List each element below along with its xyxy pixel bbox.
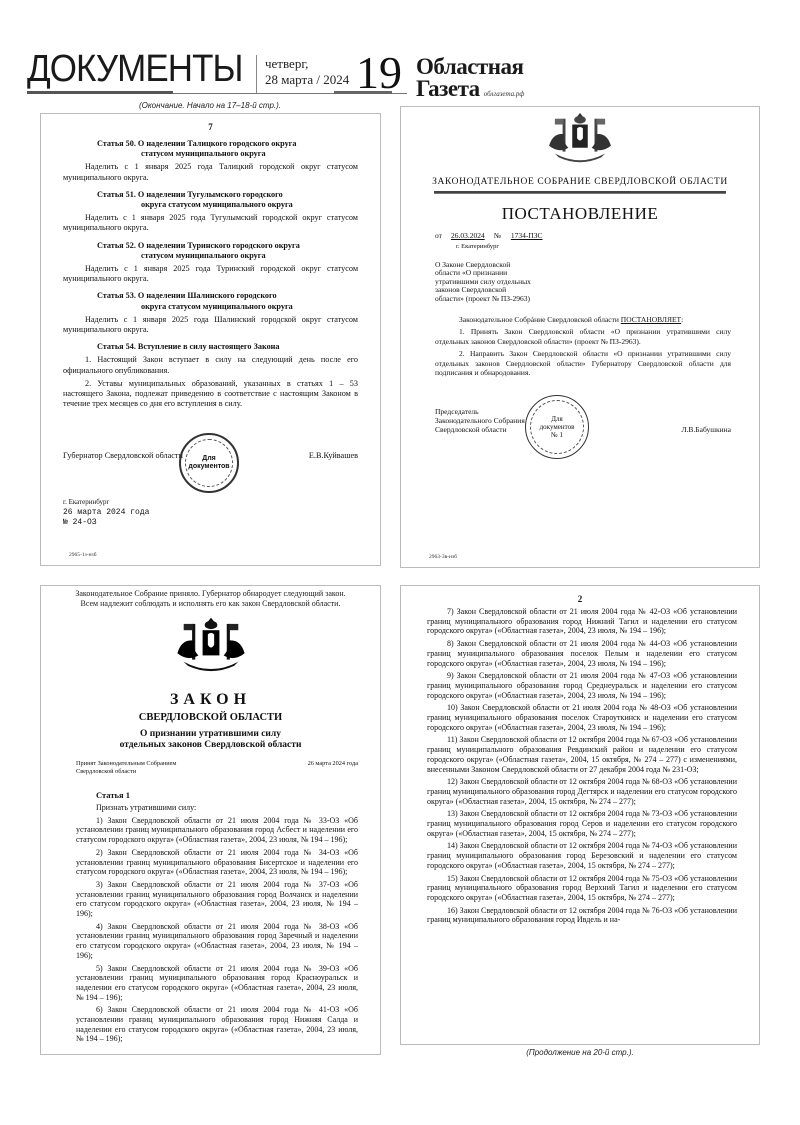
list-item: 5) Закон Свердловской области от 21 июля…: [76, 964, 358, 1003]
law-name: О признании утратившими силу отдельных з…: [41, 729, 380, 751]
list-item: 8) Закон Свердловской области от 21 июля…: [427, 639, 737, 668]
list-item: 1) Закон Свердловской области от 21 июля…: [76, 816, 358, 845]
page-number: 19: [350, 50, 408, 96]
decree-paragraph: 1. Принять Закон Свердловской области «О…: [435, 327, 731, 346]
header-divider: [256, 55, 257, 93]
article-paragraph: Наделить с 1 января 2025 года Талицкий г…: [63, 162, 358, 182]
article-paragraph: 1. Настоящий Закон вступает в силу на сл…: [63, 355, 358, 375]
article-paragraph: 2. Уставы муниципальных образований, ука…: [63, 379, 358, 410]
sign-city: г. Екатеринбург: [63, 497, 358, 507]
doc-page-number: 7: [41, 122, 380, 132]
list-item: 13) Закон Свердловской области от 12 окт…: [427, 809, 737, 838]
article-paragraph: Наделить с 1 января 2025 года Туринский …: [63, 264, 358, 284]
header-rule-accent: [27, 91, 173, 94]
logo-line-1: Областная: [416, 56, 524, 78]
article-heading: Статья 52. О наделении Туринского городс…: [63, 241, 358, 261]
law-preamble: Законодательное Собрание приняло. Губерн…: [41, 589, 380, 609]
decree-paragraph: 2. Направить Закон Свердловской области …: [435, 349, 731, 377]
issue-date: четверг, 28 марта / 2024: [265, 56, 349, 88]
law-region: СВЕРДЛОВСКОЙ ОБЛАСТИ: [41, 712, 380, 723]
coat-of-arms-icon: [541, 111, 619, 169]
list-item: 7) Закон Свердловской области от 21 июля…: [427, 607, 737, 636]
coat-of-arms-icon: [169, 615, 253, 679]
list-item: 15) Закон Свердловской области от 12 окт…: [427, 874, 737, 903]
repealed-laws-list: Признать утратившими силу: 1) Закон Свер…: [41, 803, 380, 1044]
law-number: № 24-ОЗ: [63, 518, 358, 528]
logo-site: облгазета.рф: [484, 90, 525, 98]
list-item: 9) Закон Свердловской области от 21 июля…: [427, 671, 737, 700]
continuation-note-bottom: (Продолжение на 20-й стр.).: [400, 1048, 760, 1057]
list-item: 16) Закон Свердловской области от 12 окт…: [427, 906, 737, 925]
article-paragraph: Наделить с 1 января 2025 года Тугулымски…: [63, 213, 358, 233]
decree-lead: Законодательное Собрáние Свердловской об…: [435, 315, 731, 324]
law-title: ЗАКОН: [41, 691, 380, 709]
article-heading: Статья 53. О наделении Шалинского городс…: [63, 291, 358, 311]
signer-name: Е.В.Куйвашев: [309, 451, 358, 461]
article-paragraph: Наделить с 1 января 2025 года Шалинский …: [63, 315, 358, 335]
official-stamp: Длядокументов: [179, 433, 239, 493]
document-panel-law-page-2: 2 7) Закон Свердловской области от 21 ию…: [400, 585, 760, 1045]
page-number-rule: [334, 91, 392, 94]
list-item: 2) Закон Свердловской области от 21 июля…: [76, 848, 358, 877]
document-panel-law: Законодательное Собрание приняло. Губерн…: [40, 585, 381, 1055]
section-title: ДОКУМЕНТЫ: [27, 50, 243, 88]
weekday: четверг,: [265, 56, 349, 72]
article-heading: Статья 51. О наделении Тугулымского горо…: [63, 190, 358, 210]
list-item: 14) Закон Свердловской области от 12 окт…: [427, 841, 737, 870]
article-heading: Статья 54. Вступление в силу настоящего …: [63, 342, 358, 352]
adoption-date: 26 марта 2024 года: [308, 760, 358, 768]
masthead: ДОКУМЕНТЫ четверг, 28 марта / 2024 19 Об…: [0, 0, 800, 110]
repealed-laws-list: 7) Закон Свердловской области от 21 июля…: [401, 607, 759, 925]
decree-number: 1734-ПЗС: [503, 231, 551, 240]
official-stamp: Длядокументов№ 1: [525, 395, 589, 459]
list-item: 11) Закон Свердловской области от 12 окт…: [427, 735, 737, 774]
sign-date: 26 марта 2024 года: [63, 508, 358, 518]
decree-body: Законодательное Собрáние Свердловской об…: [401, 315, 759, 377]
decree-city: г. Екатеринбург: [456, 243, 759, 250]
issuer-name: ЗАКОНОДАТЕЛЬНОЕ СОБРАНИЕ СВЕРДЛОВСКОЙ ОБ…: [401, 177, 759, 187]
list-item: 10) Закон Свердловской области от 21 июл…: [427, 703, 737, 732]
chair-name: Л.В.Бабушкина: [681, 425, 731, 434]
adoption-info: Принят Законодательным Собранием Свердло…: [76, 760, 358, 780]
doc-code: 2965-1з-нзб: [69, 552, 97, 558]
logo-line-2: Газета: [416, 78, 480, 100]
signature-block: Губернатор Свердловской области Длядокум…: [63, 439, 358, 483]
list-item: 6) Закон Свердловской области от 21 июля…: [76, 1005, 358, 1044]
doc-page-number: 2: [401, 594, 759, 604]
doc-code: 2963-3в-нзб: [429, 554, 457, 560]
list-item: 3) Закон Свердловской области от 21 июля…: [76, 880, 358, 919]
document-panel-resolution: ЗАКОНОДАТЕЛЬНОЕ СОБРАНИЕ СВЕРДЛОВСКОЙ ОБ…: [400, 106, 760, 568]
page-number-rule-thin: [392, 93, 406, 94]
chair-signature-block: Председатель Законодательного Собрания С…: [435, 407, 731, 457]
signer-title: Губернатор Свердловской области: [63, 451, 183, 461]
law-articles: Статья 50. О наделении Талицкого городск…: [41, 139, 380, 528]
list-item: 4) Закон Свердловской области от 21 июля…: [76, 922, 358, 961]
document-type-title: ПОСТАНОВЛЕНИЕ: [401, 204, 759, 224]
decree-subject: О Законе Свердловской области «О признан…: [435, 261, 535, 303]
decree-date-number: от 26.03.2024 № 1734-ПЗС: [435, 231, 759, 240]
article-heading: Статья 1: [41, 790, 380, 800]
document-panel-law-ending: 7 Статья 50. О наделении Талицкого город…: [40, 113, 381, 566]
letterhead-rule: [434, 191, 726, 194]
list-item: 12) Закон Свердловской области от 12 окт…: [427, 777, 737, 806]
newspaper-logo: Областная Газетаоблгазета.рф: [416, 56, 524, 101]
article-heading: Статья 50. О наделении Талицкого городск…: [63, 139, 358, 159]
decree-date: 26.03.2024: [444, 231, 492, 240]
date: 28 марта / 2024: [265, 72, 349, 88]
article-intro: Признать утратившими силу:: [76, 803, 358, 813]
continuation-note-top: (Окончание. Начало на 17–18-й стр.).: [40, 101, 380, 110]
